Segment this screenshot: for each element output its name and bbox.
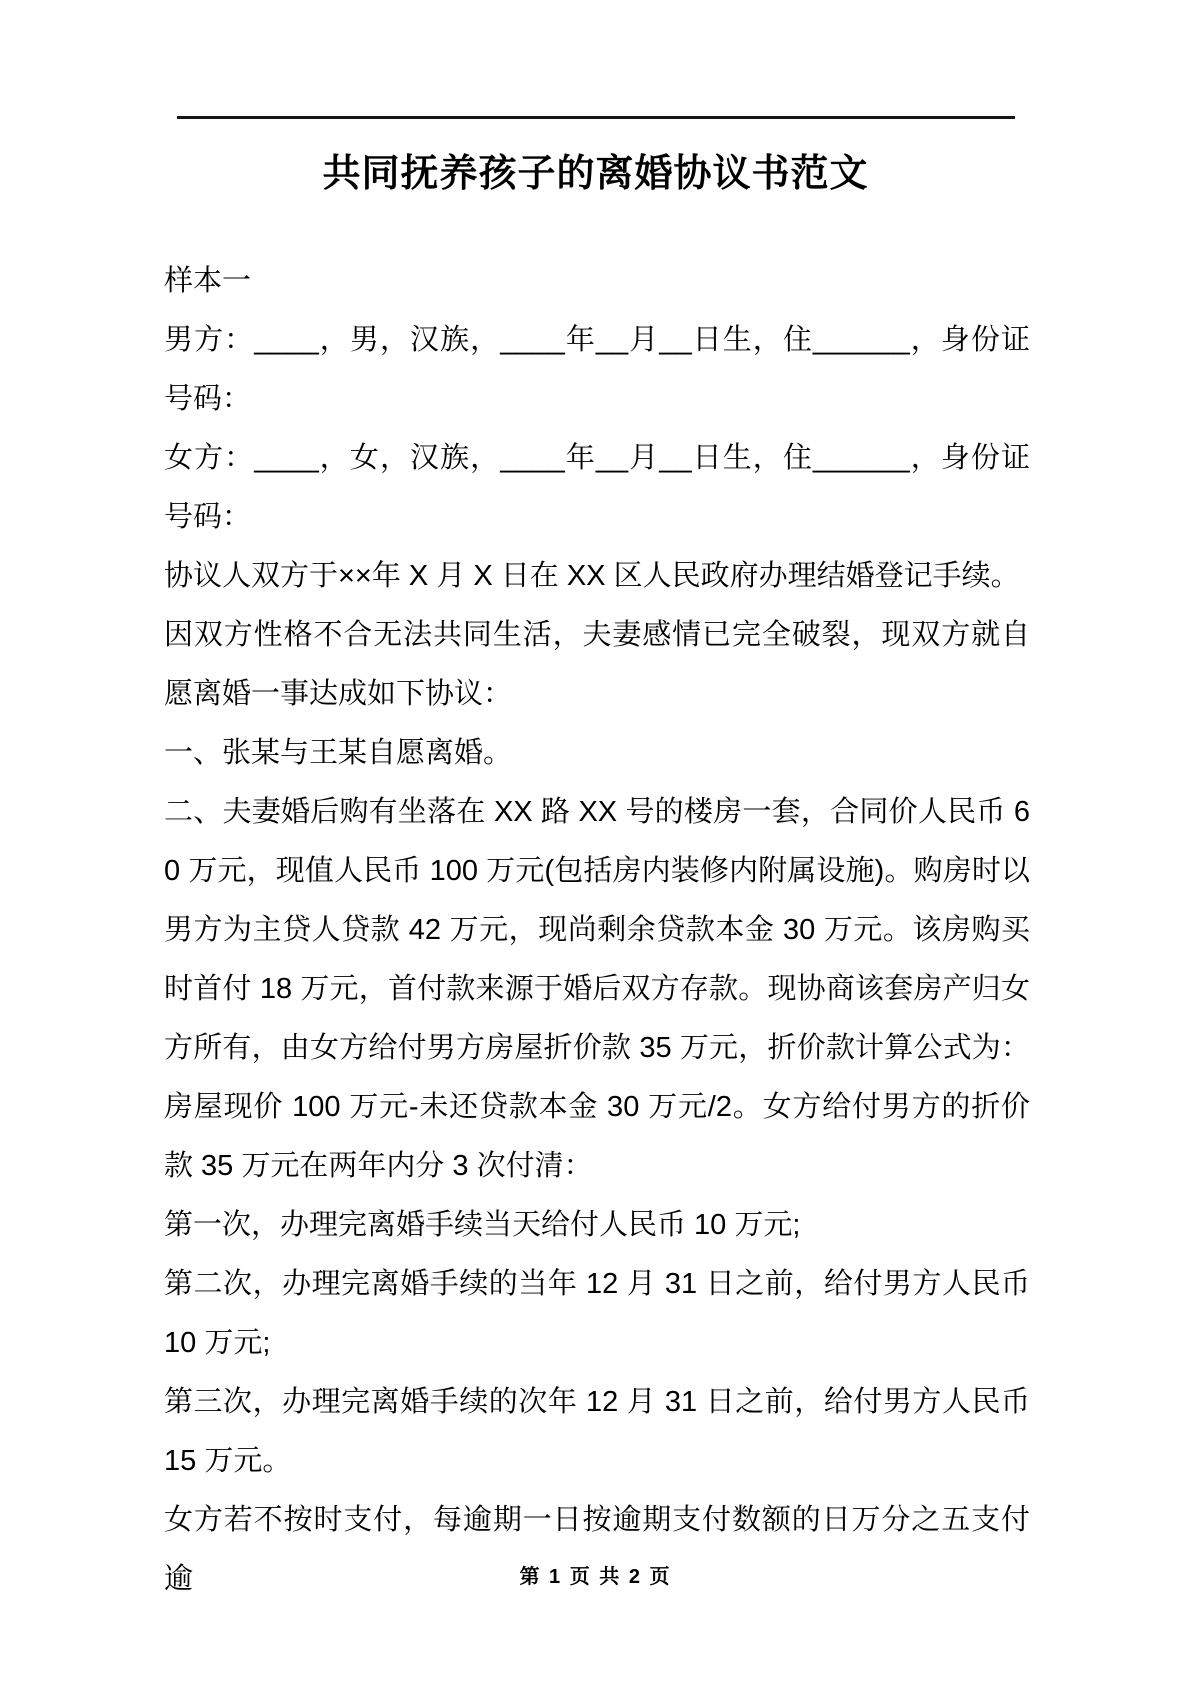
paragraph-sample-label: 样本一	[164, 252, 1030, 311]
paragraph-clause-1: 一、张某与王某自愿离婚。	[164, 724, 1030, 783]
paragraph-preamble: 因双方性格不合无法共同生活，夫妻感情已完全破裂，现双方就自愿离婚一事达成如下协议…	[164, 606, 1030, 724]
paragraph-late-penalty: 女方若不按时支付，每逾期一日按逾期支付数额的日万分之五支付逾	[164, 1491, 1030, 1609]
paragraph-registration: 协议人双方于××年 X 月 X 日在 XX 区人民政府办理结婚登记手续。	[164, 547, 1030, 606]
paragraph-wife-info: 女方：____，女，汉族，____年__月__日生，住______，身份证号码：	[164, 429, 1030, 547]
page-title: 共同抚养孩子的离婚协议书范文	[0, 142, 1191, 197]
paragraph-payment-1: 第一次，办理完离婚手续当天给付人民币 10 万元;	[164, 1196, 1030, 1255]
header-divider	[177, 116, 1015, 119]
paragraph-clause-2: 二、夫妻婚后购有坐落在 XX 路 XX 号的楼房一套，合同价人民币 60 万元，…	[164, 783, 1030, 1196]
paragraph-husband-info: 男方：____，男，汉族，____年__月__日生，住______，身份证号码：	[164, 311, 1030, 429]
paragraph-payment-2: 第二次，办理完离婚手续的当年 12 月 31 日之前，给付男方人民币 10 万元…	[164, 1255, 1030, 1373]
document-page: 共同抚养孩子的离婚协议书范文 样本一 男方：____，男，汉族，____年__月…	[0, 0, 1191, 1684]
document-body: 样本一 男方：____，男，汉族，____年__月__日生，住______，身份…	[164, 252, 1030, 1609]
page-number-footer: 第 1 页 共 2 页	[0, 1560, 1191, 1589]
paragraph-payment-3: 第三次，办理完离婚手续的次年 12 月 31 日之前，给付男方人民币 15 万元…	[164, 1373, 1030, 1491]
